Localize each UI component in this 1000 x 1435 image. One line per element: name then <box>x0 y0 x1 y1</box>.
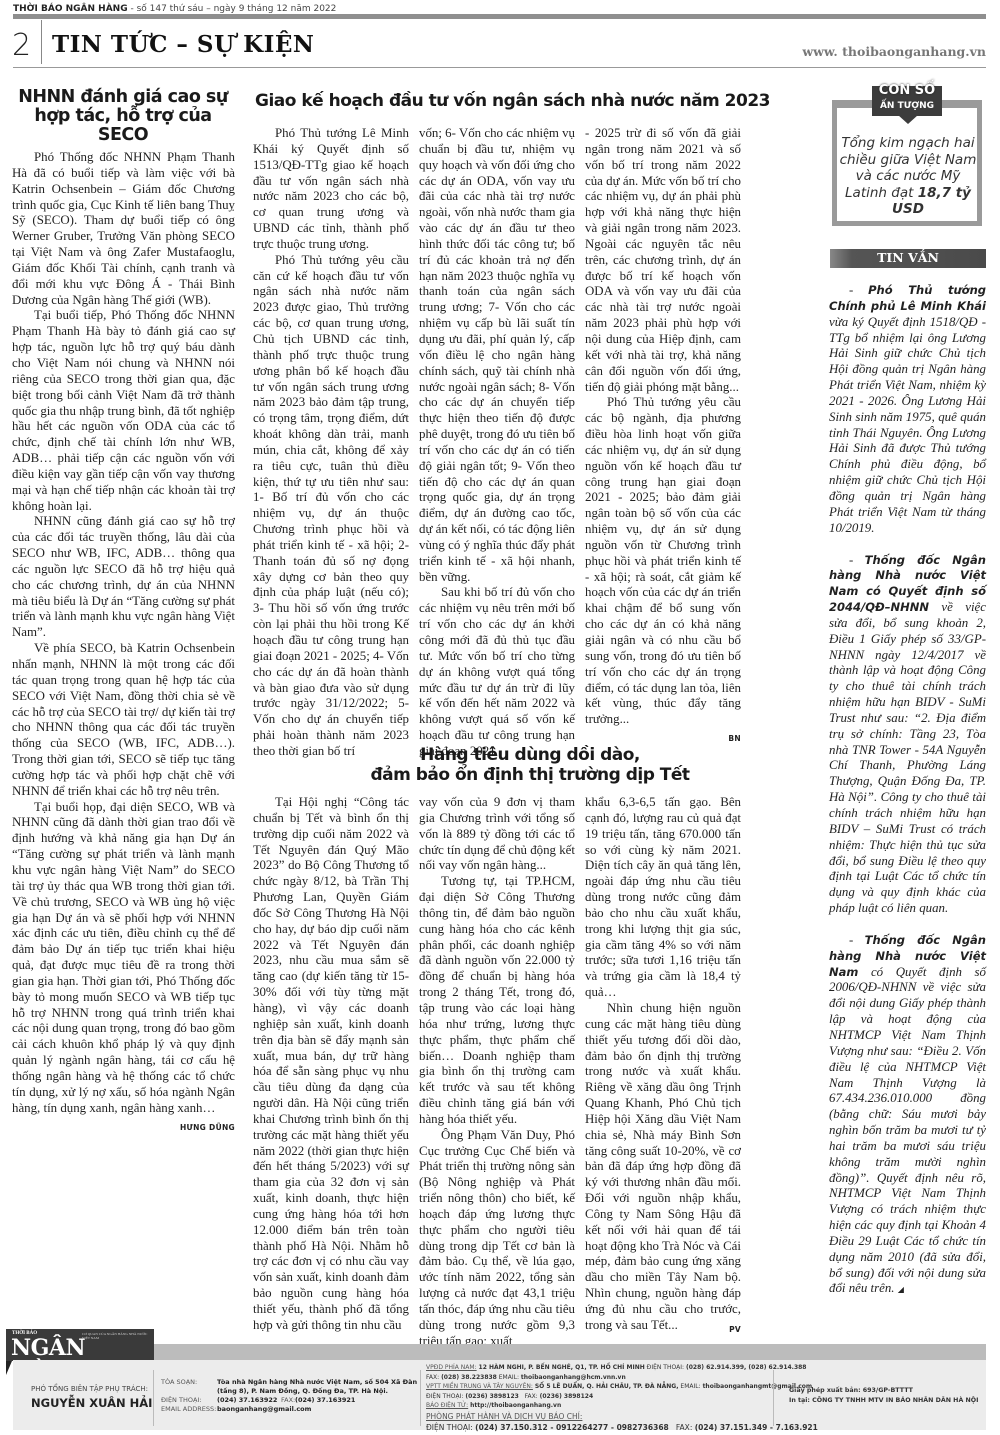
article1-paragraph: Phó Thống đốc NHNN Phạm Thanh Hà đã có b… <box>12 150 235 308</box>
south-fax-line: FAX: (028) 38.223838 EMAIL: thoibaonganh… <box>426 1373 818 1383</box>
article1-byline: HƯNG DŨNG <box>12 1120 235 1136</box>
article1-paragraph: Về phía SECO, bà Katrin Ochsenbein nhấn … <box>12 641 235 799</box>
footer-divider <box>153 1370 154 1426</box>
distribution-label: PHÒNG PHÁT HÀNH VÀ DỊCH VỤ BÁO CHÍ: <box>426 1411 818 1422</box>
badge-line1: CON SỐ <box>872 83 942 98</box>
footer-imprint: PHÓ TỔNG BIÊN TẬP PHỤ TRÁCH: NGUYỄN XUÂN… <box>13 1360 986 1430</box>
top-rule <box>13 14 986 19</box>
article1-paragraph: Tại buổi tiếp, Phó Thống đốc NHNN Phạm T… <box>12 308 235 514</box>
tin-van-item-body: về việc sửa đổi, bổ sung khoản 2, Điều 1… <box>829 600 986 915</box>
article3-paragraph: Nhìn chung hiện nguồn cung các mặt hàng … <box>585 1001 741 1334</box>
newspaper-logo: THỜI BÁO CƠ QUAN CỦA NGÂN HÀNG NHÀ NƯỚC … <box>6 1329 154 1361</box>
article2-paragraph: - 2025 trừ đi số vốn đã giải ngân trong … <box>585 126 741 395</box>
con-so-an-tuong-text: Tổng kim ngạch hai chiều giữa Việt Nam v… <box>838 135 978 218</box>
issue-info: - số 147 thứ sáu – ngày 9 tháng 12 năm 2… <box>128 4 337 14</box>
tin-van-header: TIN VẮN <box>830 249 986 268</box>
page-number: 2 <box>12 28 31 64</box>
email-value[interactable]: baonganhang@gmail.com <box>217 1405 311 1415</box>
office-label: TÒA SOẠN: <box>161 1378 197 1388</box>
article2-paragraph: Phó Thủ tướng Lê Minh Khái ký Quyết định… <box>253 126 409 253</box>
article3-paragraph: vay vốn của 9 đơn vị tham gia Chương trì… <box>419 795 575 874</box>
license-block: Giấy phép xuất bản: 693/GP-BTTTT In tại:… <box>789 1386 979 1405</box>
distribution-phone-line: ĐIỆN THOẠI: (024) 37.150.312 - 091226427… <box>426 1422 818 1433</box>
tin-van-item-body: vừa ký Quyết định 1518/QĐ -TTg bổ nhiệm … <box>829 315 986 535</box>
tin-van-item-body: có Quyết định số 2006/QĐ-NHNN về việc sử… <box>829 965 986 1296</box>
email-label: EMAIL ADDRESS: <box>161 1405 216 1415</box>
article3-paragraph: Tại Hội nghị “Công tác chuẩn bị Tết và b… <box>253 795 409 1334</box>
tin-van-list: - Phó Thủ tướng Chính phủ Lê Minh Khái v… <box>829 283 986 1314</box>
article2-column-3: - 2025 trừ đi số vốn đã giải ngân trong … <box>585 126 741 747</box>
header-rule <box>13 67 986 68</box>
badge-pointer-icon <box>898 115 918 124</box>
article3-headline-line1: Hàng tiêu dùng dồi dào, <box>290 745 770 765</box>
south-office-line: VPĐD PHÍA NAM: 12 HÀM NGHI, P. BẾN NGHÉ,… <box>426 1363 818 1373</box>
article3-paragraph: Tương tự, tại TP.HCM, đại diện Sở Công T… <box>419 874 575 1128</box>
branch-offices-block: VPĐD PHÍA NAM: 12 HÀM NGHI, P. BẾN NGHÉ,… <box>426 1363 818 1433</box>
article2-paragraph: vốn; 6- Vốn cho các nhiệm vụ chuẩn bị đầ… <box>419 126 575 585</box>
badge-line2: ẤN TƯỢNG <box>872 101 942 111</box>
tin-van-item-lead: Phó Thủ tướng Chính phủ Lê Minh Khái <box>829 283 986 313</box>
end-mark-icon: ◢ <box>898 1285 904 1294</box>
footer-strip <box>150 1344 986 1360</box>
article2-column-1: Phó Thủ tướng Lê Minh Khái ký Quyết định… <box>253 126 409 760</box>
article2-column-2: vốn; 6- Vốn cho các nhiệm vụ chuẩn bị đầ… <box>419 126 575 760</box>
article2-headline: Giao kế hoạch đầu tư vốn ngân sách nhà n… <box>255 90 780 112</box>
license-text: Giấy phép xuất bản: 693/GP-BTTTT <box>789 1386 979 1396</box>
article3-paragraph: khẩu 6,3-6,5 tấn gạo. Bên cạnh đó, lượng… <box>585 795 741 1001</box>
article1-paragraph: Tại buổi họp, đại diện SECO, WB và NHNN … <box>12 800 235 1117</box>
tin-van-title: TIN VẮN <box>830 250 986 265</box>
article2-paragraph: Phó Thủ tướng yêu cầu căn cứ kế hoạch đầ… <box>253 253 409 760</box>
editor-label: PHÓ TỔNG BIÊN TẬP PHỤ TRÁCH: <box>31 1385 148 1393</box>
article3-headline-line2: đảm bảo ổn định thị trường dịp Tết <box>290 765 770 785</box>
article1-headline: NHNN đánh giá cao sự hợp tác, hỗ trợ của… <box>12 88 234 145</box>
footer-divider <box>773 1370 774 1426</box>
tin-van-item: - Thống đốc Ngân hàng Nhà nước Việt Nam … <box>829 933 986 1298</box>
section-title: TIN TỨC – SỰ KIỆN <box>52 31 314 58</box>
online-line: BÁO ĐIỆN TỬ: http://thoibaonganhang.vn <box>426 1401 818 1411</box>
page-number-divider <box>41 20 42 64</box>
article2-paragraph: Sau khi bố trí đủ vốn cho các nhiệm vụ n… <box>419 585 575 759</box>
tin-van-item: - Thống đốc Ngân hàng Nhà nước Việt Nam … <box>829 553 986 917</box>
tin-van-item: - Phó Thủ tướng Chính phủ Lê Minh Khái v… <box>829 283 986 537</box>
article2-paragraph: Phó Thủ tướng yêu cầu các bộ ngành, địa … <box>585 395 741 728</box>
article1-body: Phó Thống đốc NHNN Phạm Thanh Hà đã có b… <box>12 150 235 1136</box>
online-link[interactable]: http://thoibaonganhang.vn <box>470 1402 561 1409</box>
article3-headline: Hàng tiêu dùng dồi dào, đảm bảo ổn định … <box>290 745 770 785</box>
publication-dateline: THỜI BÁO NGÂN HÀNG - số 147 thứ sáu – ng… <box>13 4 336 14</box>
article1-paragraph: NHNN cũng đánh giá cao sự hỗ trợ của các… <box>12 514 235 641</box>
editor-name: NGUYỄN XUÂN HẢI <box>31 1396 152 1410</box>
central-office-line: VPTT MIỀN TRUNG VÀ TÂY NGUYÊN: SỐ 5 LÊ D… <box>426 1382 818 1392</box>
website-link[interactable]: www. thoibaonganhang.vn <box>802 44 986 59</box>
logo-tail-icon <box>6 1361 12 1375</box>
printer-text: In tại: CÔNG TY TNHH MTV IN BÁO NHÂN DÂN… <box>789 1396 979 1406</box>
article3-column-1: Tại Hội nghị “Công tác chuẩn bị Tết và b… <box>253 795 409 1334</box>
footer-divider <box>420 1370 421 1426</box>
con-so-an-tuong-badge: CON SỐ ẤN TƯỢNG <box>872 86 942 116</box>
article3-column-2: vay vốn của 9 đơn vị tham gia Chương trì… <box>419 795 575 1350</box>
article3-paragraph: Ông Phạm Văn Duy, Phó Cục trưởng Cục Chế… <box>419 1128 575 1350</box>
central-phone-line: ĐIỆN THOẠI: (0236) 3898123 FAX: (0236) 3… <box>426 1392 818 1402</box>
publication-name: THỜI BÁO NGÂN HÀNG <box>13 4 128 14</box>
article3-column-3: khẩu 6,3-6,5 tấn gạo. Bên cạnh đó, lượng… <box>585 795 741 1338</box>
